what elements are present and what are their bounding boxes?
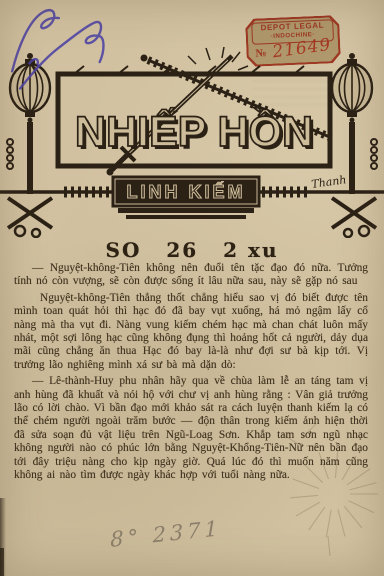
paragraph-2: Nguyệt-không-Tiên thẳng thốt chẳng hiểu … bbox=[14, 292, 368, 372]
scanned-page: { "page": { "paper_color": "#d1c1a0", "i… bbox=[0, 0, 384, 576]
artist-signature: Thanh bbox=[311, 173, 348, 191]
stamp-number-symbol: № bbox=[255, 47, 267, 59]
handwritten-ink-scribble bbox=[0, 0, 125, 102]
issue-number: 26 bbox=[166, 238, 198, 262]
issue-label: SO bbox=[106, 238, 142, 262]
scan-corner-mark bbox=[0, 548, 4, 576]
lantern-icon-right bbox=[332, 53, 372, 194]
legal-deposit-stamp: DEPOT LEGAL ◦INDOCHINE◦ № 21649 bbox=[245, 15, 341, 67]
corner-ornament-right bbox=[332, 198, 376, 237]
issue-price: 2 xu bbox=[223, 238, 278, 262]
chain-ornament-right bbox=[371, 139, 377, 169]
masthead-subtitle: LINH KIẾM bbox=[127, 181, 246, 202]
issue-heading: SO 26 2 xu bbox=[0, 238, 384, 262]
corner-ornament-left bbox=[8, 198, 52, 237]
pencil-inventory-note: 8° 2371 bbox=[110, 516, 222, 552]
masthead-title: NHIẾP HỒN bbox=[75, 107, 313, 156]
paragraph-1: — Nguyệt-không-Tiên không nên đuổi tên t… bbox=[14, 262, 368, 289]
chain-ornament-left bbox=[7, 139, 13, 169]
paragraph-3: — Lê-thành-Huy phu nhân hãy qua về chùa … bbox=[14, 375, 368, 482]
body-text: — Nguyệt-không-Tiên không nên đuổi tên t… bbox=[14, 262, 368, 486]
subtitle-plaque: LINH KIẾM bbox=[112, 176, 260, 219]
